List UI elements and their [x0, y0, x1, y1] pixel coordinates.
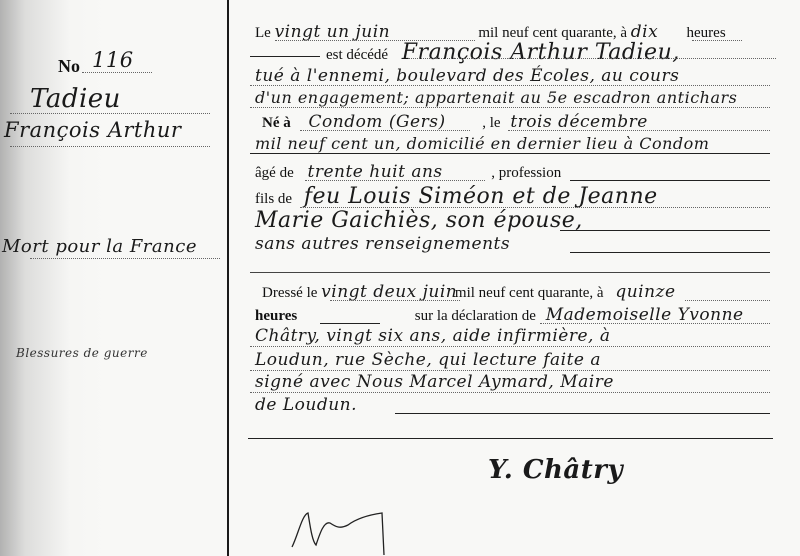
label-le: Le: [255, 25, 271, 41]
birth-year-and-residence: mil neuf cent un, domicilié en dernier l…: [255, 134, 709, 153]
declarant-line-3: Loudun, rue Sèche, qui lecture faite a: [255, 350, 601, 370]
label-profession: , profession: [491, 165, 561, 181]
declarant-line-2: Châtry, vingt six ans, aide infirmière, …: [255, 326, 611, 346]
margin-divider-line: [227, 0, 229, 556]
record-hour: quinze: [615, 282, 675, 302]
death-circumstances-line-2: d'un engagement; appartenait au 5e escad…: [255, 88, 737, 107]
signature-mayor: [290, 505, 400, 556]
label-est-decede: est décédé: [326, 47, 388, 63]
record-date: vingt deux juin: [321, 282, 451, 302]
death-date: vingt un juin: [275, 22, 475, 42]
declarant-line-5: de Loudun.: [255, 395, 357, 415]
age-value: trente huit ans: [307, 162, 487, 182]
label-heures-record: heures: [255, 308, 297, 324]
label-birth-le: , le: [482, 115, 500, 131]
birth-place: Condom (Gers): [309, 112, 479, 132]
signature-declarant: Y. Châtry: [488, 455, 623, 485]
deceased-name: François Arthur Tadieu,: [402, 40, 680, 65]
birth-date: trois décembre: [510, 112, 647, 132]
other-information: sans autres renseignements: [255, 234, 510, 254]
label-dresse-le: Dressé le: [262, 285, 317, 301]
mention-mort-pour-la-france: Mort pour la France: [2, 236, 197, 257]
scanned-register-page: No 116 Tadieu François Arthur Mort pour …: [0, 0, 800, 556]
death-circumstances-line-1: tué à l'ennemi, boulevard des Écoles, au…: [255, 66, 679, 86]
father-and-mother-first: feu Louis Siméon et de Jeanne: [304, 184, 658, 209]
label-heures: heures: [687, 25, 726, 41]
label-sur-declaration: sur la déclaration de: [415, 308, 536, 324]
record-number: 116: [92, 48, 134, 72]
declarant-line-1: Mademoiselle Yvonne: [546, 305, 744, 325]
label-fils-de: fils de: [255, 191, 292, 207]
record-number-label: No: [58, 56, 80, 77]
death-hour: dix: [631, 22, 683, 42]
death-year-text: mil neuf cent quarante, à: [478, 25, 627, 41]
label-ne-a: Né à: [262, 115, 291, 131]
mother-name: Marie Gaichiès, son épouse,: [255, 208, 583, 233]
declarant-line-4: signé avec Nous Marcel Aymard, Maire: [255, 372, 614, 392]
margin-surname: Tadieu: [30, 84, 121, 114]
record-year-text: mil neuf cent quarante, à: [455, 285, 604, 301]
margin-note: Blessures de guerre: [16, 346, 148, 360]
label-age-de: âgé de: [255, 165, 294, 181]
margin-given-names: François Arthur: [4, 118, 181, 142]
